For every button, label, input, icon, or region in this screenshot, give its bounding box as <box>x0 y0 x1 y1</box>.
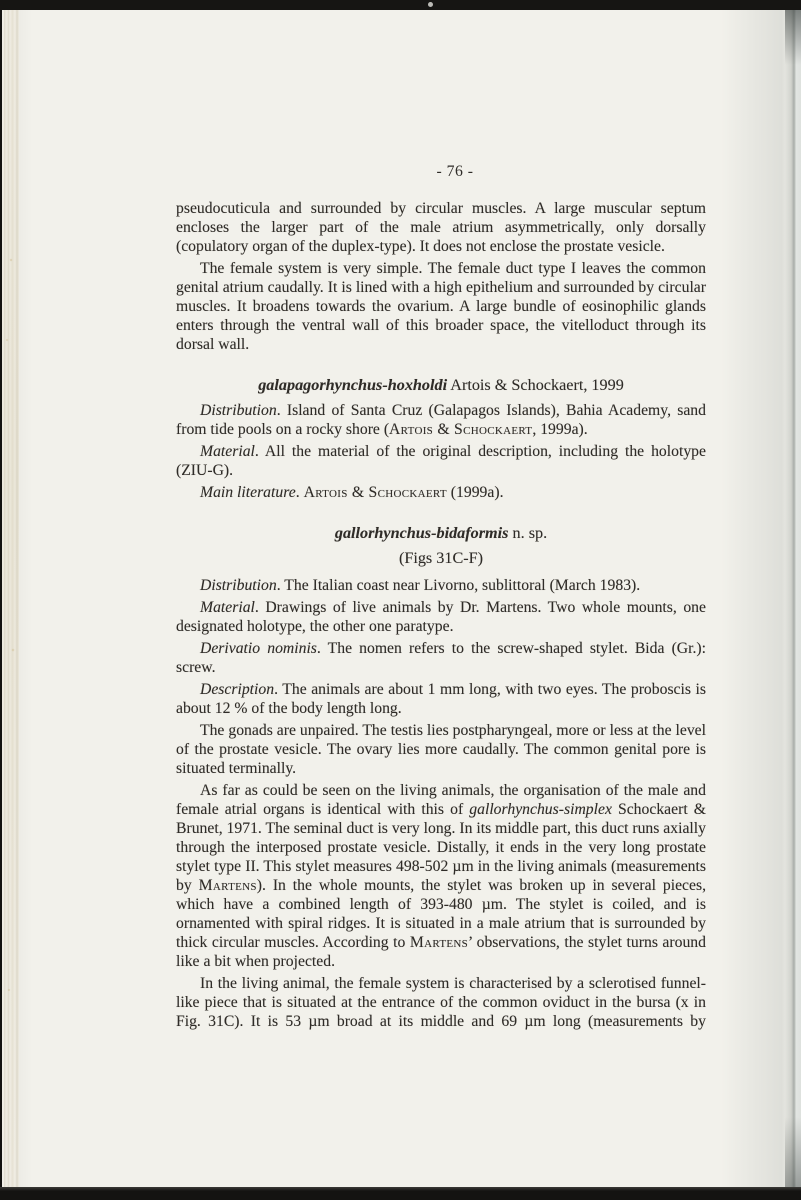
paragraph: pseudocuticula and surrounded by circula… <box>176 199 706 256</box>
text-run: (Figs 31C-F) <box>399 549 483 567</box>
author-smallcaps: Artois & Schockaert <box>389 421 532 438</box>
italic-label: Material <box>200 443 255 460</box>
species-name: gallorhynchus-bidaformis <box>335 524 509 542</box>
paragraph: Distribution. The Italian coast near Liv… <box>176 576 706 595</box>
text-run: . The Italian coast near Livorno, sublit… <box>277 577 640 594</box>
page-text-block: pseudocuticula and surrounded by circula… <box>176 196 706 1034</box>
page-number: - 76 - <box>190 163 720 181</box>
italic-label: Distribution <box>200 402 277 419</box>
text-run: Artois & Schockaert, 1999 <box>447 376 624 394</box>
text-run: , 1999a). <box>532 421 587 438</box>
text-run: n. sp. <box>508 524 547 542</box>
scan-border-top <box>0 0 801 10</box>
italic-label: Description <box>200 681 274 698</box>
italic-label: Derivatio nominis <box>200 640 317 657</box>
paragraph: The female system is very simple. The fe… <box>176 259 706 354</box>
text-run: . Drawings of live animals by Dr. Marten… <box>176 599 706 635</box>
italic-label: gallorhynchus-simplex <box>469 801 612 818</box>
paragraph: Description. The animals are about 1 mm … <box>176 680 706 718</box>
page-curl-shadow <box>785 10 801 1187</box>
scan-artifact-dot <box>428 2 433 7</box>
scan-border-bottom <box>0 1187 801 1200</box>
paragraph: As far as could be seen on the living an… <box>176 781 706 971</box>
author-smallcaps: Martens <box>410 934 468 951</box>
italic-label: Material <box>200 599 255 616</box>
author-smallcaps: Artois & Schockaert <box>304 484 447 501</box>
text-run: The female system is very simple. The fe… <box>176 260 706 353</box>
book-page: - 76 - pseudocuticula and surrounded by … <box>2 10 801 1187</box>
text-run: In the living animal, the female system … <box>176 975 706 1030</box>
text-run: . All the material of the original descr… <box>176 443 706 479</box>
paragraph: Derivatio nominis. The nomen refers to t… <box>176 639 706 677</box>
species-heading: galapagorhynchus-hoxholdi Artois & Schoc… <box>176 376 706 395</box>
species-name: galapagorhynchus-hoxholdi <box>258 376 447 394</box>
scanned-book-page: - 76 - pseudocuticula and surrounded by … <box>0 0 801 1200</box>
italic-label: Distribution <box>200 577 277 594</box>
text-run: pseudocuticula and surrounded by circula… <box>176 200 706 255</box>
italic-label: Main literature <box>200 484 296 501</box>
paragraph: Material. All the material of the origin… <box>176 442 706 480</box>
author-smallcaps: Martens <box>199 877 257 894</box>
species-heading: gallorhynchus-bidaformis n. sp. <box>176 524 706 543</box>
text-run: (1999a). <box>447 484 504 501</box>
paragraph: Main literature. Artois & Schockaert (19… <box>176 483 706 502</box>
book-page-edge-stack <box>2 10 19 1187</box>
figure-reference: (Figs 31C-F) <box>176 549 706 568</box>
text-run: . <box>296 484 304 501</box>
paragraph: In the living animal, the female system … <box>176 974 706 1031</box>
paragraph: Material. Drawings of live animals by Dr… <box>176 598 706 636</box>
text-run: The gonads are unpaired. The testis lies… <box>176 722 706 777</box>
paragraph: Distribution. Island of Santa Cruz (Gala… <box>176 401 706 439</box>
paragraph: The gonads are unpaired. The testis lies… <box>176 721 706 778</box>
